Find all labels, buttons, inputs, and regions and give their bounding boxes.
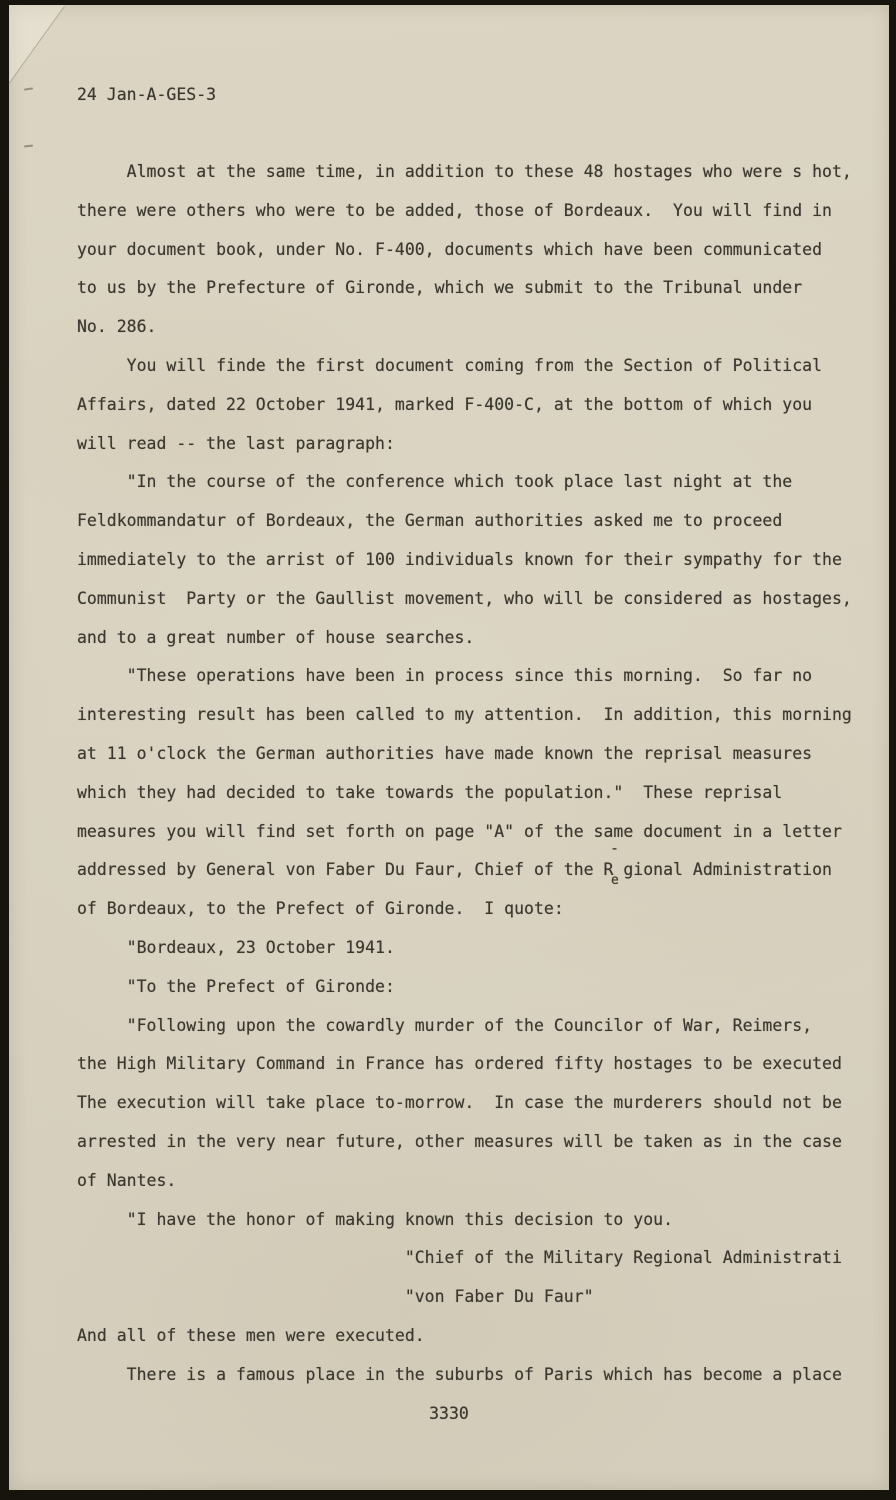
paper-page: 24 Jan-A-GES-3 Almost at the same time, … [9, 5, 889, 1490]
typed-inserted-letter: e [611, 874, 619, 887]
margin-pencil-tick [24, 145, 33, 148]
margin-pencil-tick [24, 87, 33, 90]
page-number: 3330 [9, 1395, 889, 1434]
transcript-body: Almost at the same time, in addition to … [77, 153, 852, 1395]
scan-background: { "document": { "header": "24 Jan-A-GES-… [0, 0, 896, 1500]
typed-overstrike-mark: - [610, 841, 619, 856]
page-header: 24 Jan-A-GES-3 [77, 76, 216, 115]
